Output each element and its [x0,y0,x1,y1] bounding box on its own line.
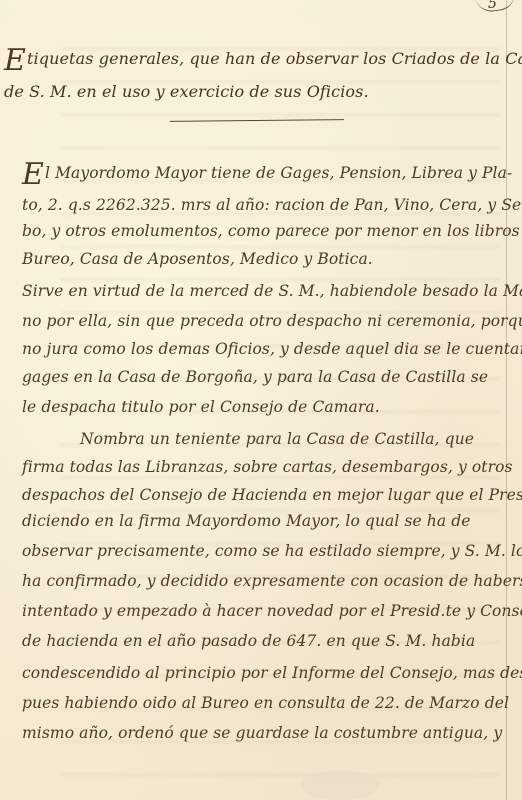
paragraph-3-line-7: intentado y empezado à hacer novedad por… [22,602,522,620]
title-underline-divider [170,119,344,122]
paragraph-1-initial: E [22,157,44,192]
title-initial: E [4,43,26,78]
paragraph-2-line-3: no jura como los demas Oficios, y desde … [22,340,522,358]
title-line-2: de S. M. en el uso y exercicio de sus Of… [4,82,369,101]
paragraph-1-line-3: bo, y otros emolumentos, como parece por… [22,222,522,240]
manuscript-page: 5 Etiquetas generales, que han de observ… [0,0,522,800]
paragraph-3-line-11: mismo año, ordenó que se guardase la cos… [22,724,502,742]
paragraph-1-line-2: to, 2. q.s 2262.325. mrs al año: racion … [22,196,522,214]
paragraph-2-line-5: le despacha titulo por el Consejo de Cam… [22,398,380,416]
paragraph-2-line-4: gages en la Casa de Borgoña, y para la C… [22,368,488,386]
folio-number: 5 [488,0,497,12]
paragraph-3-line-9: condescendido al principio por el Inform… [22,664,522,682]
paragraph-3-line-2: firma todas las Libranzas, sobre cartas,… [22,458,513,476]
paragraph-3-line-1: Nombra un teniente para la Casa de Casti… [80,430,474,448]
paragraph-2-line-2: no por ella, sin que preceda otro despac… [22,312,522,330]
paragraph-1-line-1: El Mayordomo Mayor tiene de Gages, Pensi… [22,160,512,190]
paragraph-3-line-8: de hacienda en el año pasado de 647. en … [22,632,475,650]
title-line-1: Etiquetas generales, que han de observar… [4,46,522,76]
paragraph-3-line-10: pues habiendo oido al Bureo en consulta … [22,694,509,712]
title-line-1-text: tiquetas generales, que han de observar … [27,49,522,68]
paper-stain [300,770,380,800]
paragraph-3-line-5: observar precisamente, como se ha estila… [22,542,522,560]
paragraph-3-line-6: ha confirmado, y decidido expresamente c… [22,572,522,590]
paragraph-3-line-4: diciendo en la firma Mayordomo Mayor, lo… [22,512,471,530]
paragraph-1-line-1-text: l Mayordomo Mayor tiene de Gages, Pensio… [45,164,512,182]
paragraph-1-line-4: Bureo, Casa de Aposentos, Medico y Botic… [22,250,373,268]
paragraph-2-line-1: Sirve en virtud de la merced de S. M., h… [22,282,522,300]
paragraph-3-line-3: despachos del Consejo de Hacienda en mej… [22,486,522,504]
